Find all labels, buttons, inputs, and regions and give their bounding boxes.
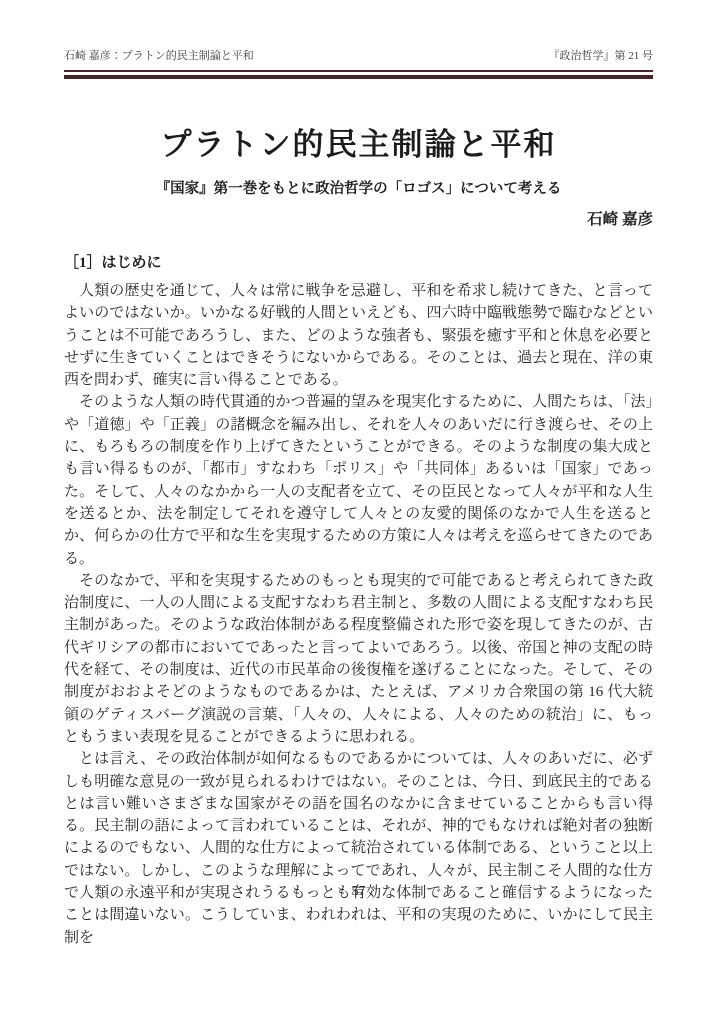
page-number: 57 — [0, 884, 717, 900]
author-name: 石崎 嘉彦 — [64, 207, 653, 229]
running-header-left: 石崎 嘉彦：プラトン的民主制論と平和 — [64, 47, 254, 63]
article-subtitle: 『国家』第一巻をもとに政治哲学の「ロゴス」について考える — [64, 177, 653, 198]
article-title: プラトン的民主制論と平和 — [64, 119, 653, 164]
paragraph-3: そのなかで、平和を実現するためのもっとも現実的で可能であると考えられてきた政治制… — [64, 570, 653, 748]
document-page: 石崎 嘉彦：プラトン的民主制論と平和 『政治哲学』第 21 号 プラトン的民主制… — [0, 0, 717, 1012]
section-heading: ［1］はじめに — [64, 251, 653, 272]
paragraph-2: そのような人類の時代貫通的かつ普遍的望みを現実化するために、人間たちは、「法」や… — [64, 391, 653, 569]
header-rule — [64, 70, 653, 79]
paragraph-1: 人類の歴史を通じて、人々は常に戦争を忌避し、平和を希求し続けてきた、と言ってよい… — [64, 280, 653, 391]
paragraph-4: とは言え、その政治体制が如何なるものであるかについては、人々のあいだに、必ずしも… — [64, 748, 653, 949]
running-header-right: 『政治哲学』第 21 号 — [549, 47, 654, 63]
running-header: 石崎 嘉彦：プラトン的民主制論と平和 『政治哲学』第 21 号 — [64, 47, 653, 63]
